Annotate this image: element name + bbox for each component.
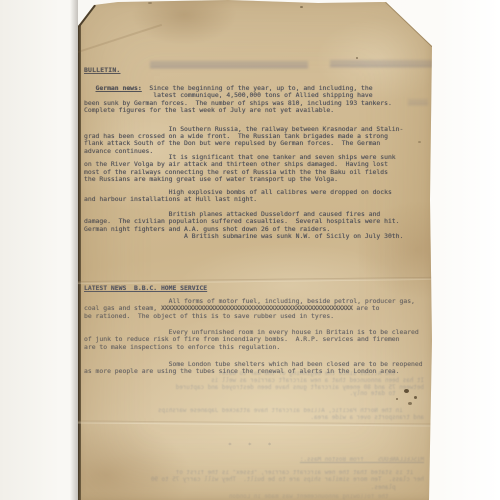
rooms-paragraph: Every unfurnished room in every house in… (84, 329, 430, 351)
russia-paragraph: In Southern Russia, the railway between … (84, 126, 430, 155)
ink-speck (408, 402, 412, 405)
dusseldorf-paragraph: British planes attacked Dusseldorf and c… (84, 211, 430, 233)
ink-speck (356, 57, 358, 59)
ink-speck (396, 398, 398, 400)
bleed-through-misc-head-text: MISCELLANEOUS from Boston Mass.: (300, 457, 424, 463)
bleed-through-misc-head: MISCELLANEOUS from Boston Mass.: (84, 457, 424, 464)
paper-edge-shadow (70, 0, 78, 500)
section-subhead-text: LATEST NEWS B.B.C. HOME SERVICE (84, 284, 207, 292)
paper-left-edge (78, 24, 81, 500)
volga-paragraph: It is significant that one tanker and se… (84, 154, 430, 183)
submarine-line: A British submarine was sunk N.W. of Sic… (84, 233, 430, 240)
ink-speck (300, 6, 303, 8)
hull-paragraph: High explosive bombs of all calibres wer… (84, 189, 430, 204)
bleed-through-separator: * * * (228, 441, 278, 449)
german-news-paragraph: German news: Since the beginning of the … (84, 85, 430, 114)
dog-ear-fold-line (385, 2, 432, 47)
corner-cut-line (78, 5, 96, 27)
bleed-through-block-b: In the North Pacific, Allied aircraft ha… (84, 408, 424, 422)
bleed-through-last-line: the following announcement was made in L… (84, 494, 424, 500)
document-page: BULLETIN. German news: Since the beginni… (78, 0, 432, 500)
page-title: BULLETIN. (84, 67, 430, 74)
bleed-through-block-a: the Allies since the beginning of the wa… (84, 371, 424, 398)
ink-speck (148, 2, 152, 4)
faded-stamp-smudge (330, 60, 436, 67)
section-subhead: LATEST NEWS B.B.C. HOME SERVICE (84, 285, 430, 292)
fuel-paragraph: All forms of motor fuel, including, besi… (84, 298, 430, 320)
scan-background: BULLETIN. German news: Since the beginni… (0, 0, 500, 500)
page-title-text: BULLETIN. (84, 66, 120, 74)
bleed-through-misc-body: It is stated that the new aircraft carri… (84, 470, 424, 492)
wrinkle-crease (74, 24, 162, 54)
